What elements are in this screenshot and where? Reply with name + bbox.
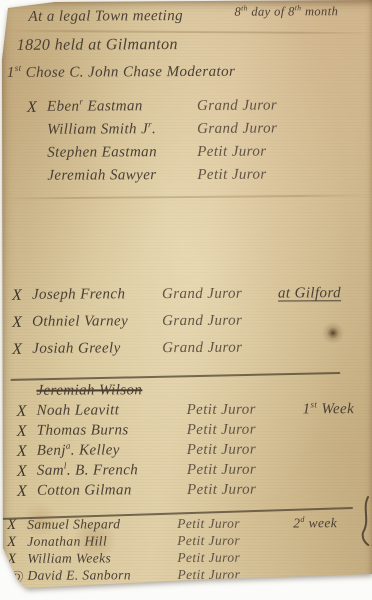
juror-row: Jeremiah SawyerPetit Juror <box>27 166 371 191</box>
handwritten-content: At a legal Town meeting 8th day of 8th m… <box>0 0 372 600</box>
juror-name: Ebenr Eastman <box>47 98 197 116</box>
tally-x-mark: X <box>7 517 27 534</box>
juror-role: Petit Juror <box>177 532 293 549</box>
juror-role: Petit Juror <box>197 166 313 184</box>
juror-role: Grand Juror <box>197 120 313 138</box>
juror-row: Daniel Beale ~ 2 <box>7 583 372 600</box>
juror-section-officers: XEbenr EastmanGrand JurorWilliam Smith J… <box>0 97 371 191</box>
juror-row: XSamuel ShepardPetit Juror2d week <box>7 515 372 534</box>
juror-name: Othniel Varney <box>32 313 162 331</box>
juror-name: Cotton Gilman <box>37 482 187 500</box>
juror-name: Joseph French <box>32 286 162 304</box>
juror-row: XNoah LeavittPetit Juror1st Week <box>17 401 372 423</box>
juror-role: Petit Juror <box>187 481 303 499</box>
juror-row: Jeremiah Wilson <box>16 381 372 403</box>
tally-x-mark: X <box>12 287 32 305</box>
juror-row: XBenja. KelleyPetit Juror <box>17 441 372 463</box>
tally-x-mark: Ⓓ <box>7 568 27 588</box>
juror-row: XJonathan HillPetit Juror <box>7 532 372 551</box>
juror-role: Petit Juror <box>197 143 313 161</box>
juror-role: Petit Juror <box>177 566 293 583</box>
juror-name: William Smith Jr. <box>47 121 197 139</box>
juror-role: Petit Juror <box>187 461 303 479</box>
juror-role <box>177 583 293 584</box>
juror-role: Petit Juror <box>177 515 293 532</box>
juror-section-first-week: Jeremiah WilsonXNoah LeavittPetit Juror1… <box>0 381 372 503</box>
juror-section-grand: XJoseph FrenchGrand Jurorat GilfordXOthn… <box>0 285 372 368</box>
juror-name: Noah Leavitt <box>37 402 187 420</box>
juror-name: David E. Sanborn <box>27 567 177 584</box>
juror-section-second-week: XSamuel ShepardPetit Juror2d weekXJonath… <box>1 515 372 600</box>
heading-date-line: 8th day of 8th month <box>234 4 372 20</box>
juror-name: Thomas Burns <box>37 422 187 440</box>
tally-x-mark: X <box>17 443 37 461</box>
juror-row: ⒹDavid E. SanbornPetit Juror <box>7 566 372 585</box>
tally-x-mark: X <box>17 403 37 421</box>
juror-row: XSaml. B. FrenchPetit Juror <box>17 461 372 483</box>
juror-name: Daniel Beale ~ 2 <box>27 584 177 600</box>
juror-role: Grand Juror <box>162 340 278 358</box>
tally-x-mark: X <box>17 423 37 441</box>
tally-x-mark: X <box>12 341 32 359</box>
juror-row: XJoseph FrenchGrand Jurorat Gilford <box>12 285 372 314</box>
juror-row: XCotton GilmanPetit Juror <box>17 481 372 503</box>
juror-name: Jeremiah Sawyer <box>47 167 197 185</box>
tally-x-mark: X <box>17 463 37 481</box>
juror-role: Grand Juror <box>162 313 278 331</box>
juror-row: XThomas BurnsPetit Juror <box>17 421 372 443</box>
paper-shadow: At a legal Town meeting 8th day of 8th m… <box>0 0 372 600</box>
juror-name: Samuel Shepard <box>27 516 177 533</box>
juror-role <box>186 381 302 382</box>
heading-meeting-line: At a legal Town meeting <box>28 8 183 26</box>
juror-row: XOthniel VarneyGrand Juror <box>12 312 372 341</box>
juror-row: XWilliam WeeksPetit Juror <box>7 549 372 568</box>
juror-name: Saml. B. French <box>37 462 187 480</box>
juror-name: William Weeks <box>27 550 177 567</box>
juror-row: William Smith Jr.Grand Juror <box>27 120 371 145</box>
heading-year-place-line: 1820 held at Gilmanton <box>17 36 178 55</box>
manuscript-paper: At a legal Town meeting 8th day of 8th m… <box>0 0 372 600</box>
juror-role: Grand Juror <box>162 286 278 304</box>
juror-row: XJosiah GreelyGrand Juror <box>12 339 372 368</box>
juror-row: Stephen EastmanPetit Juror <box>27 143 371 168</box>
tally-x-mark: X <box>27 99 47 117</box>
juror-note: 1st Week <box>303 401 372 418</box>
heading-moderator-line: 1st Chose C. John Chase Moderator <box>7 64 235 82</box>
juror-role: Petit Juror <box>187 441 303 459</box>
juror-name: Benja. Kelley <box>37 442 187 460</box>
juror-name: Stephen Eastman <box>47 144 197 162</box>
juror-note: at Gilford <box>278 285 372 302</box>
juror-name: Jeremiah Wilson <box>36 382 186 400</box>
juror-role: Grand Juror <box>197 97 313 115</box>
tally-x-mark: X <box>12 314 32 332</box>
juror-name: Jonathan Hill <box>27 533 177 550</box>
juror-role: Petit Juror <box>187 401 303 419</box>
juror-role: Petit Juror <box>187 421 303 439</box>
scanned-document-photo: At a legal Town meeting 8th day of 8th m… <box>0 0 372 600</box>
ink-flourish-mark <box>359 496 371 546</box>
tally-x-mark: X <box>17 483 37 501</box>
juror-name: Josiah Greely <box>32 340 162 358</box>
tally-x-mark: X <box>7 551 27 568</box>
juror-row: XEbenr EastmanGrand Juror <box>27 97 371 122</box>
section-divider-line <box>10 372 340 381</box>
tally-x-mark: X <box>7 534 27 551</box>
juror-role: Petit Juror <box>177 549 293 566</box>
